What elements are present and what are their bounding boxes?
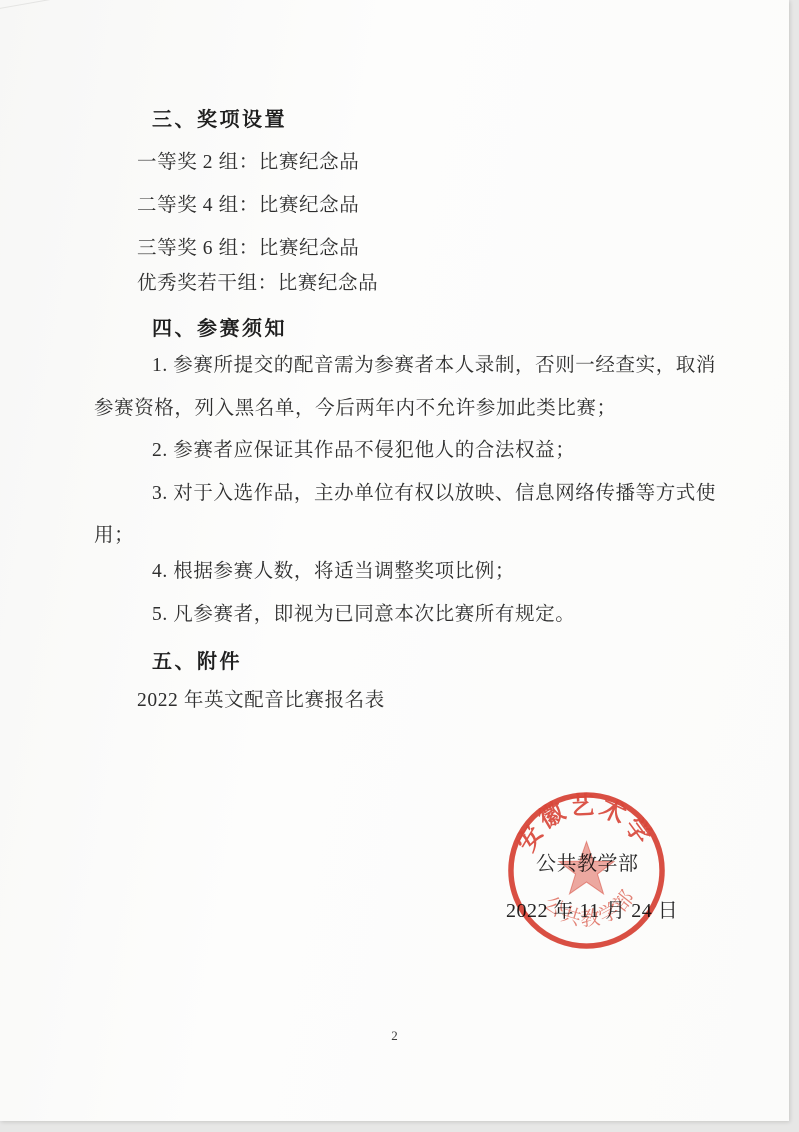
seal-star-icon — [559, 842, 614, 894]
svg-text:公共教学部: 公共教学部 — [539, 885, 640, 931]
document-page: 三、奖项设置 一等奖 2 组：比赛纪念品 二等奖 4 组：比赛纪念品 三等奖 6… — [0, 0, 789, 1121]
section-awards-heading: 三、奖项设置 — [152, 103, 287, 132]
page-number: 2 — [0, 1028, 789, 1044]
notice-item-1-line-1: 1. 参赛所提交的配音需为参赛者本人录制，否则一经查实，取消 — [152, 353, 716, 379]
notice-item-5: 5. 凡参赛者，即视为已同意本次比赛所有规定。 — [152, 602, 575, 628]
award-line-excellence: 优秀奖若干组：比赛纪念品 — [137, 271, 378, 297]
seal-bottom-text: 公共教学部 — [539, 885, 640, 931]
attachment-item: 2022 年英文配音比赛报名表 — [137, 688, 385, 714]
paper-edge-crease — [0, 0, 50, 10]
notice-item-1-line-2: 参赛资格，列入黑名单，今后两年内不允许参加此类比赛； — [94, 396, 617, 422]
award-line-third: 三等奖 6 组：比赛纪念品 — [137, 236, 359, 262]
notice-item-2: 2. 参赛者应保证其作品不侵犯他人的合法权益； — [152, 438, 575, 464]
official-seal: 安徽艺术学院 公共教学部 — [502, 786, 671, 955]
award-line-first: 一等奖 2 组：比赛纪念品 — [137, 150, 359, 176]
section-attachment-heading: 五、附件 — [152, 645, 242, 674]
notice-item-3-line-1: 3. 对于入选作品，主办单位有权以放映、信息网络传播等方式使 — [152, 481, 716, 507]
section-notice-heading: 四、参赛须知 — [152, 312, 287, 341]
svg-text:安徽艺术学院: 安徽艺术学院 — [502, 786, 658, 856]
award-line-second: 二等奖 4 组：比赛纪念品 — [137, 193, 359, 219]
seal-ring-text: 安徽艺术学院 — [502, 786, 658, 856]
notice-item-4: 4. 根据参赛人数，将适当调整奖项比例； — [152, 559, 515, 585]
notice-item-3-line-2: 用； — [94, 523, 134, 549]
